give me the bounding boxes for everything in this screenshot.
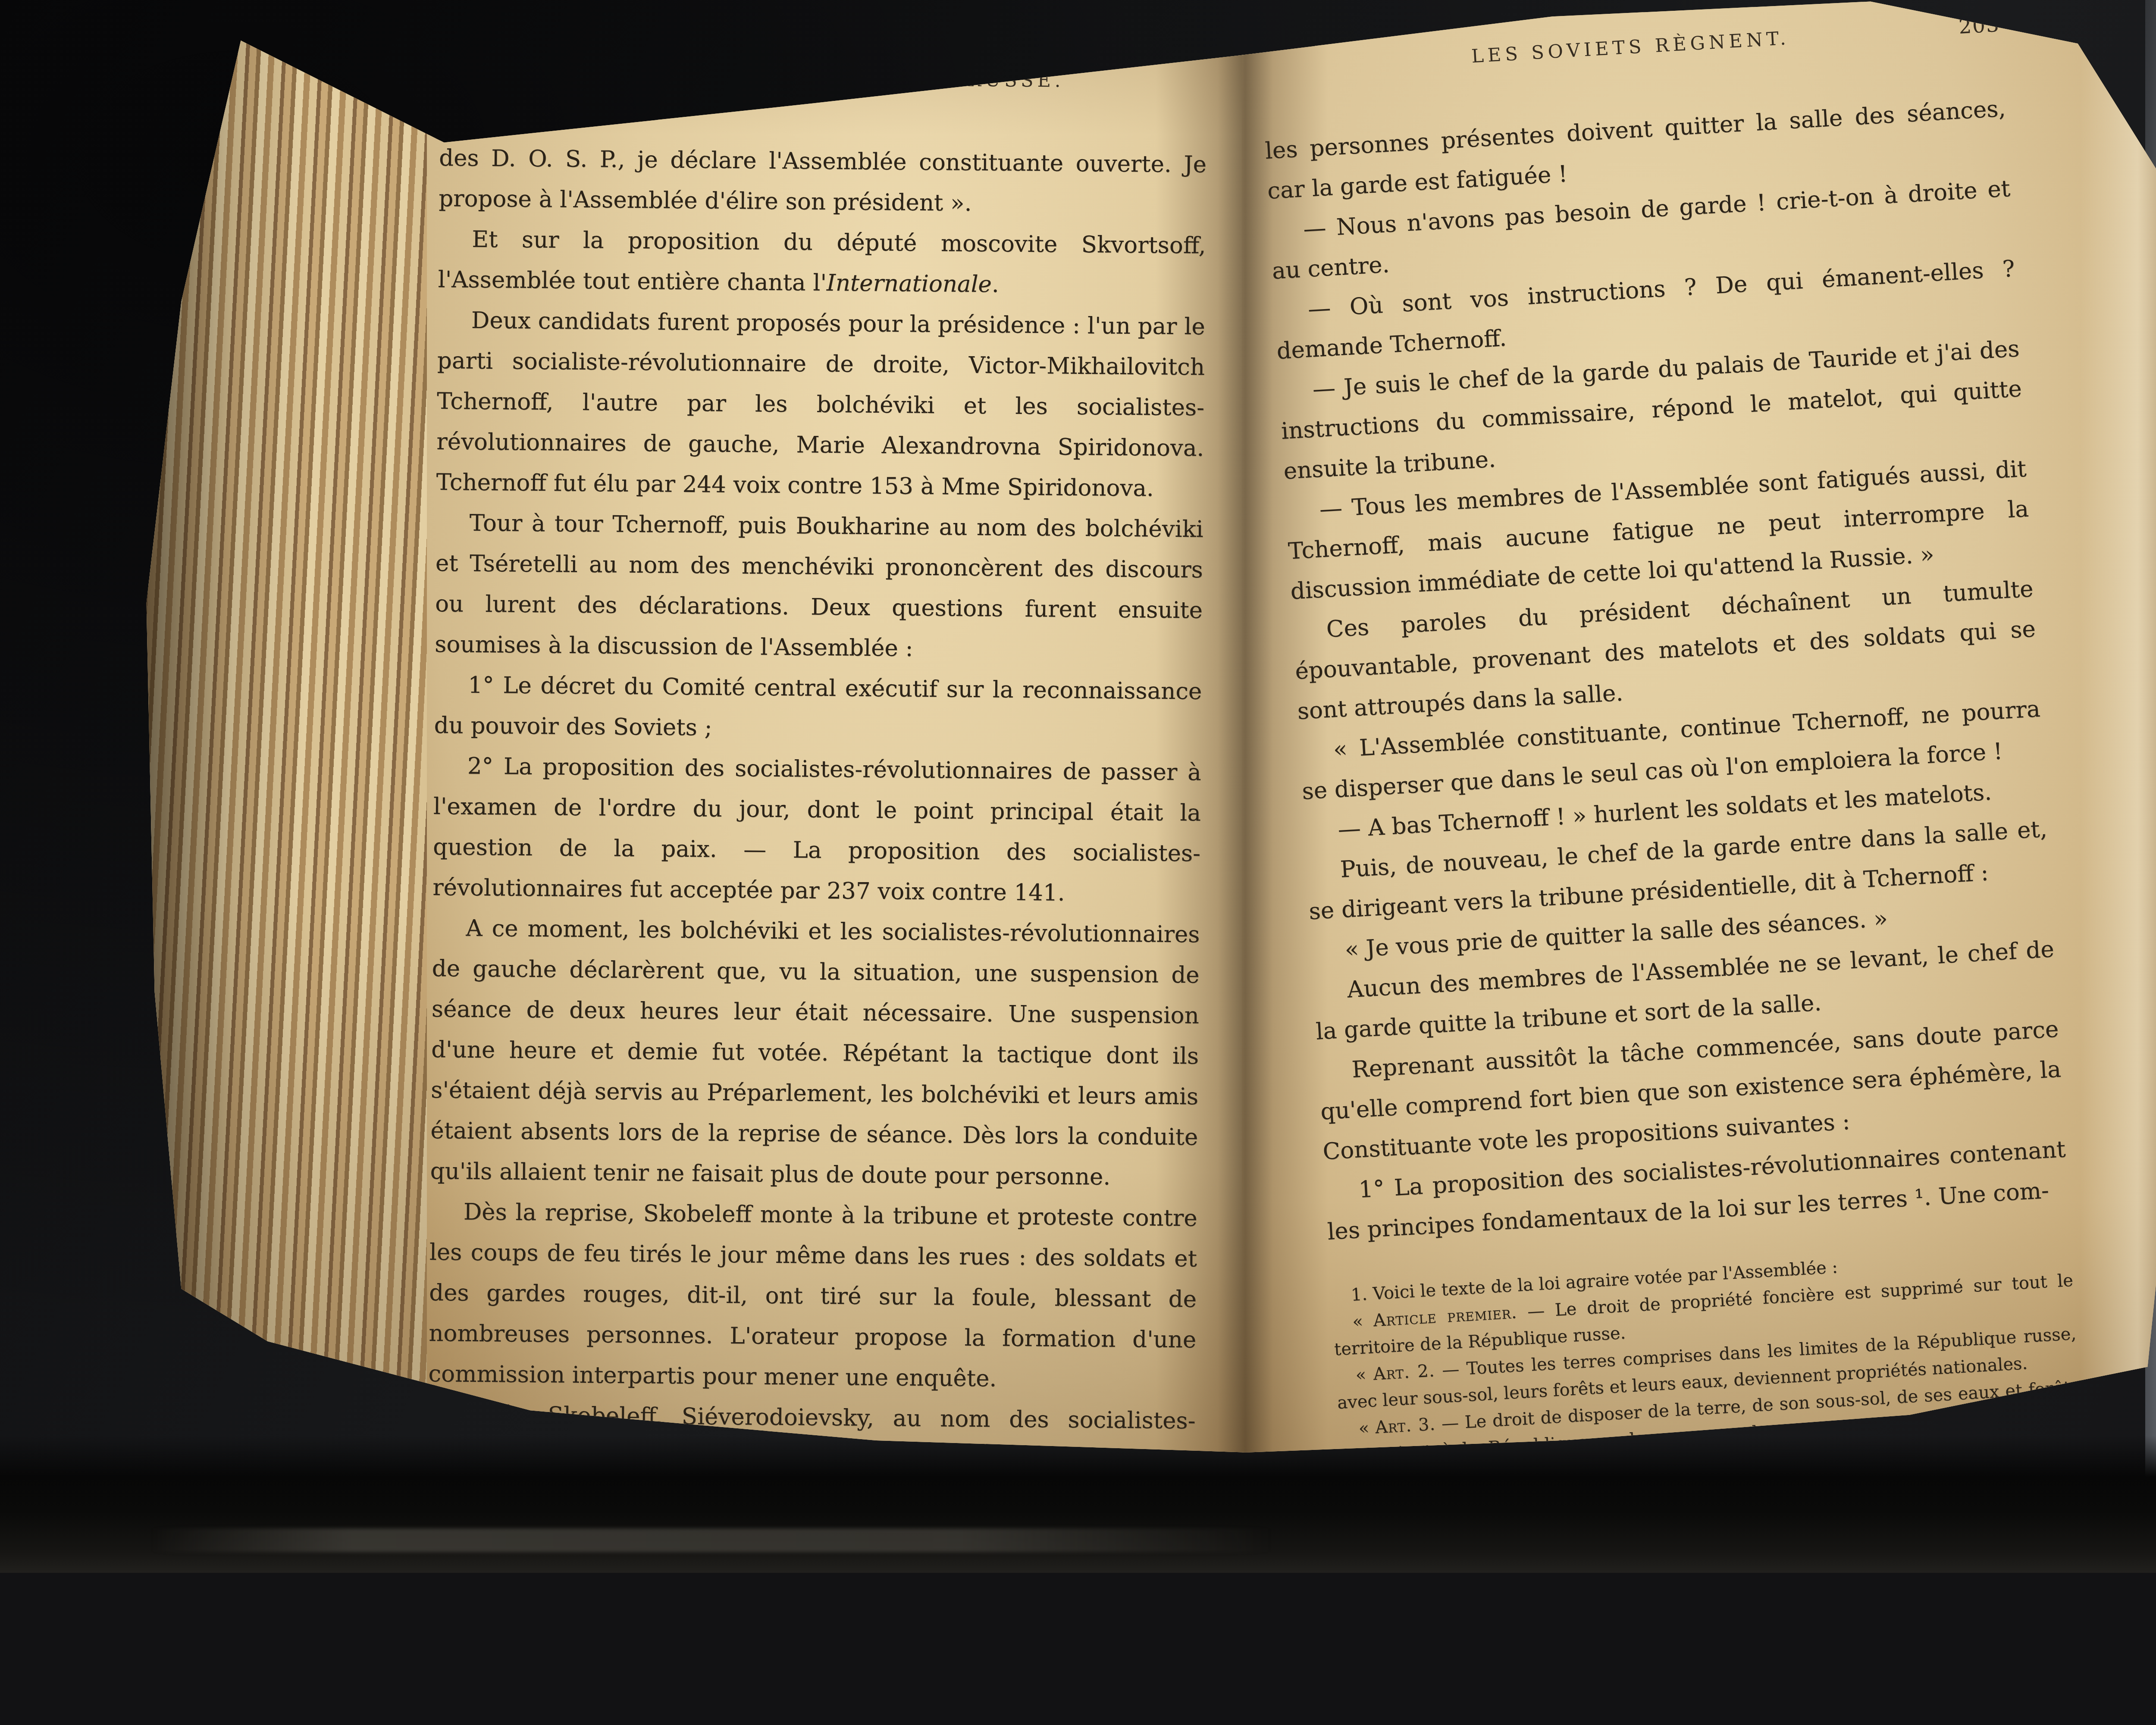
paragraph: Dès la reprise, Skobeleff monte à la tri…: [428, 1192, 1197, 1401]
paragraph: 1° Le décret du Comité central exécutif …: [434, 665, 1202, 753]
paragraph: Tour à tour Tchernoff, puis Boukharine a…: [435, 503, 1203, 672]
paragraph: Et sur la proposition du député moscovit…: [438, 219, 1206, 307]
paragraph: A ce moment, les bolchéviki et les socia…: [430, 908, 1200, 1199]
paragraph: 2° La proposition des socialistes-révolu…: [432, 746, 1201, 915]
open-book: 202 HUIT MOIS DE RÉVOLUTION RUSSE. des D…: [142, 0, 2156, 1500]
paragraph: Deux candidats furent proposés pour la p…: [436, 300, 1205, 510]
right-page-text: LES SOVIETS RÈGNENT. 203 les personnes p…: [1260, 15, 2090, 1573]
paragraph: des D. O. S. P., je déclare l'Assemblée …: [439, 138, 1207, 226]
bottom-shadow: [0, 1436, 2156, 1573]
table-edge-highlight: [151, 1528, 1272, 1552]
left-page-text: 202 HUIT MOIS DE RÉVOLUTION RUSSE. des D…: [426, 65, 1207, 1573]
